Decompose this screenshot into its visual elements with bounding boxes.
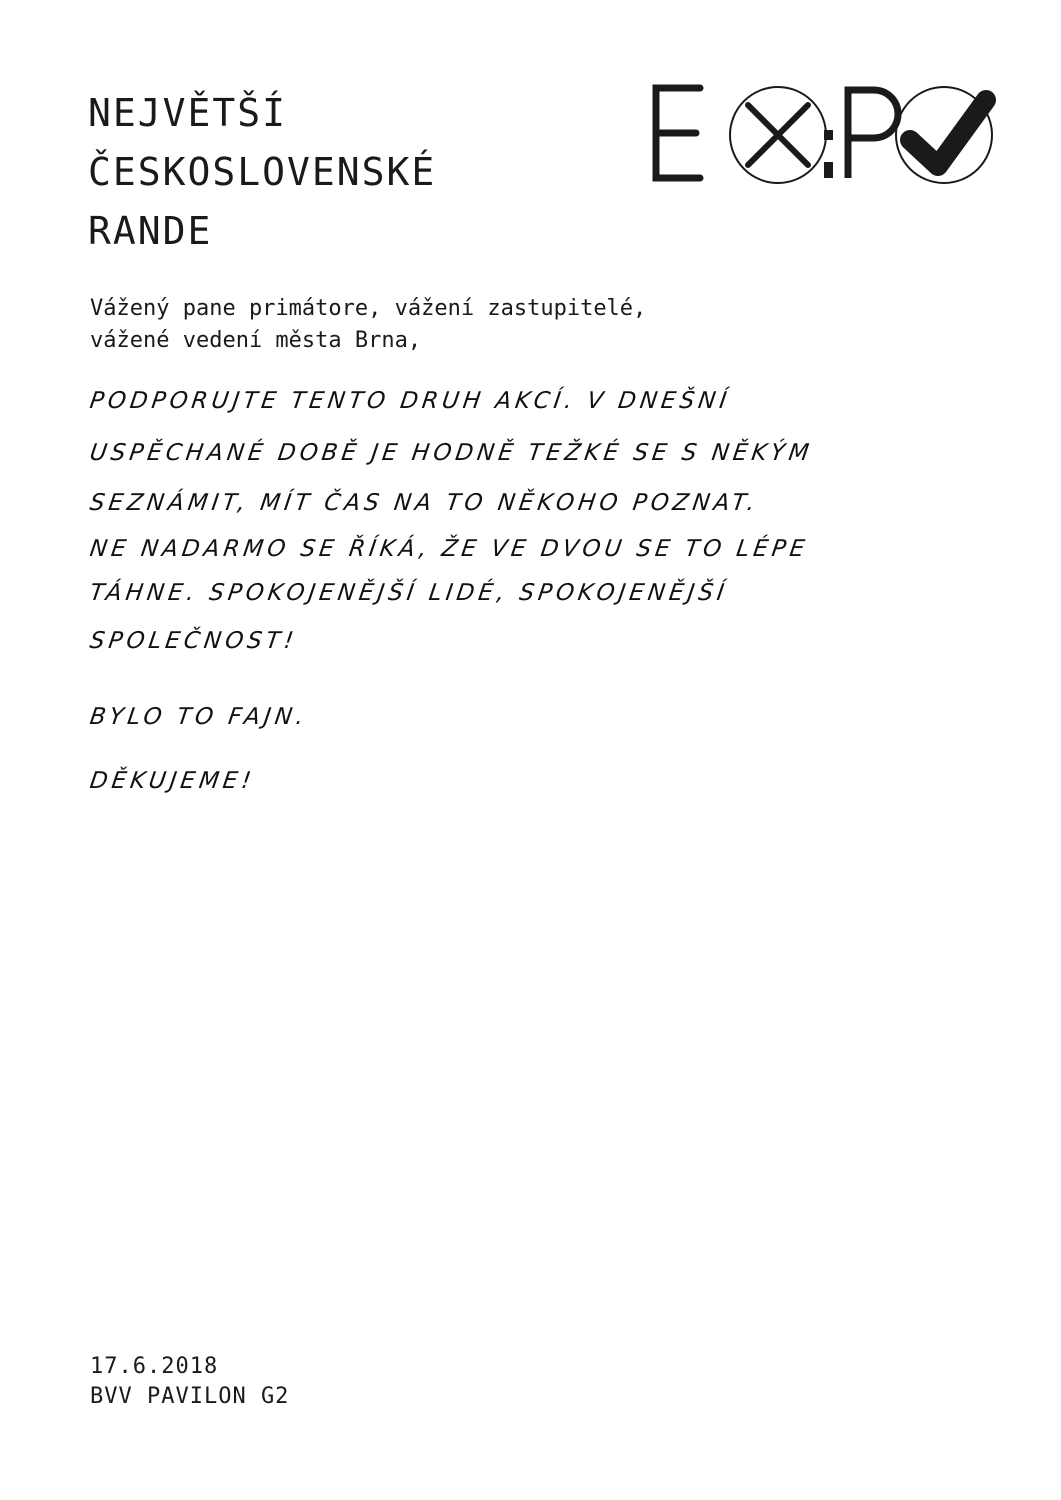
handwritten-line: společnost! bbox=[88, 628, 299, 654]
x-in-circle-icon bbox=[730, 87, 826, 183]
handwritten-line: Děkujeme! bbox=[88, 768, 256, 794]
event-date: 17.6.2018 bbox=[90, 1352, 289, 1382]
salutation-line-2: vážené vedení města Brna, bbox=[90, 325, 646, 357]
title-line-3: RANDE bbox=[88, 202, 436, 261]
title-line-1: NEJVĚTŠÍ bbox=[88, 84, 436, 143]
event-footer: 17.6.2018 BVV PAVILON G2 bbox=[90, 1352, 289, 1412]
expo-logo bbox=[648, 78, 998, 188]
title-line-2: ČESKOSLOVENSKÉ bbox=[88, 143, 436, 202]
handwritten-line: uspěchané době je hodně težké se s někým bbox=[88, 440, 814, 466]
handwritten-line: seznámit, mít čas na to někoho poznat. bbox=[88, 490, 760, 516]
handwritten-line: Podporujte tento druh akcí. V dnešní bbox=[88, 388, 732, 414]
event-location: BVV PAVILON G2 bbox=[90, 1382, 289, 1412]
handwritten-line: Ne nadarmo se říká, že ve dvou se to lép… bbox=[88, 536, 810, 562]
letter-salutation: Vážený pane primátore, vážení zastupitel… bbox=[90, 293, 646, 357]
event-title: NEJVĚTŠÍ ČESKOSLOVENSKÉ RANDE bbox=[88, 84, 436, 261]
letter-p-logo-glyph bbox=[848, 90, 898, 178]
handwritten-line: Bylo to fajn. bbox=[88, 704, 309, 730]
handwritten-line: táhne. Spokojenější lidé, spokojenější bbox=[88, 580, 729, 606]
letter-e-logo-glyph bbox=[656, 88, 700, 178]
checkmark-in-circle-icon bbox=[896, 87, 992, 183]
salutation-line-1: Vážený pane primátore, vážení zastupitel… bbox=[90, 293, 646, 325]
